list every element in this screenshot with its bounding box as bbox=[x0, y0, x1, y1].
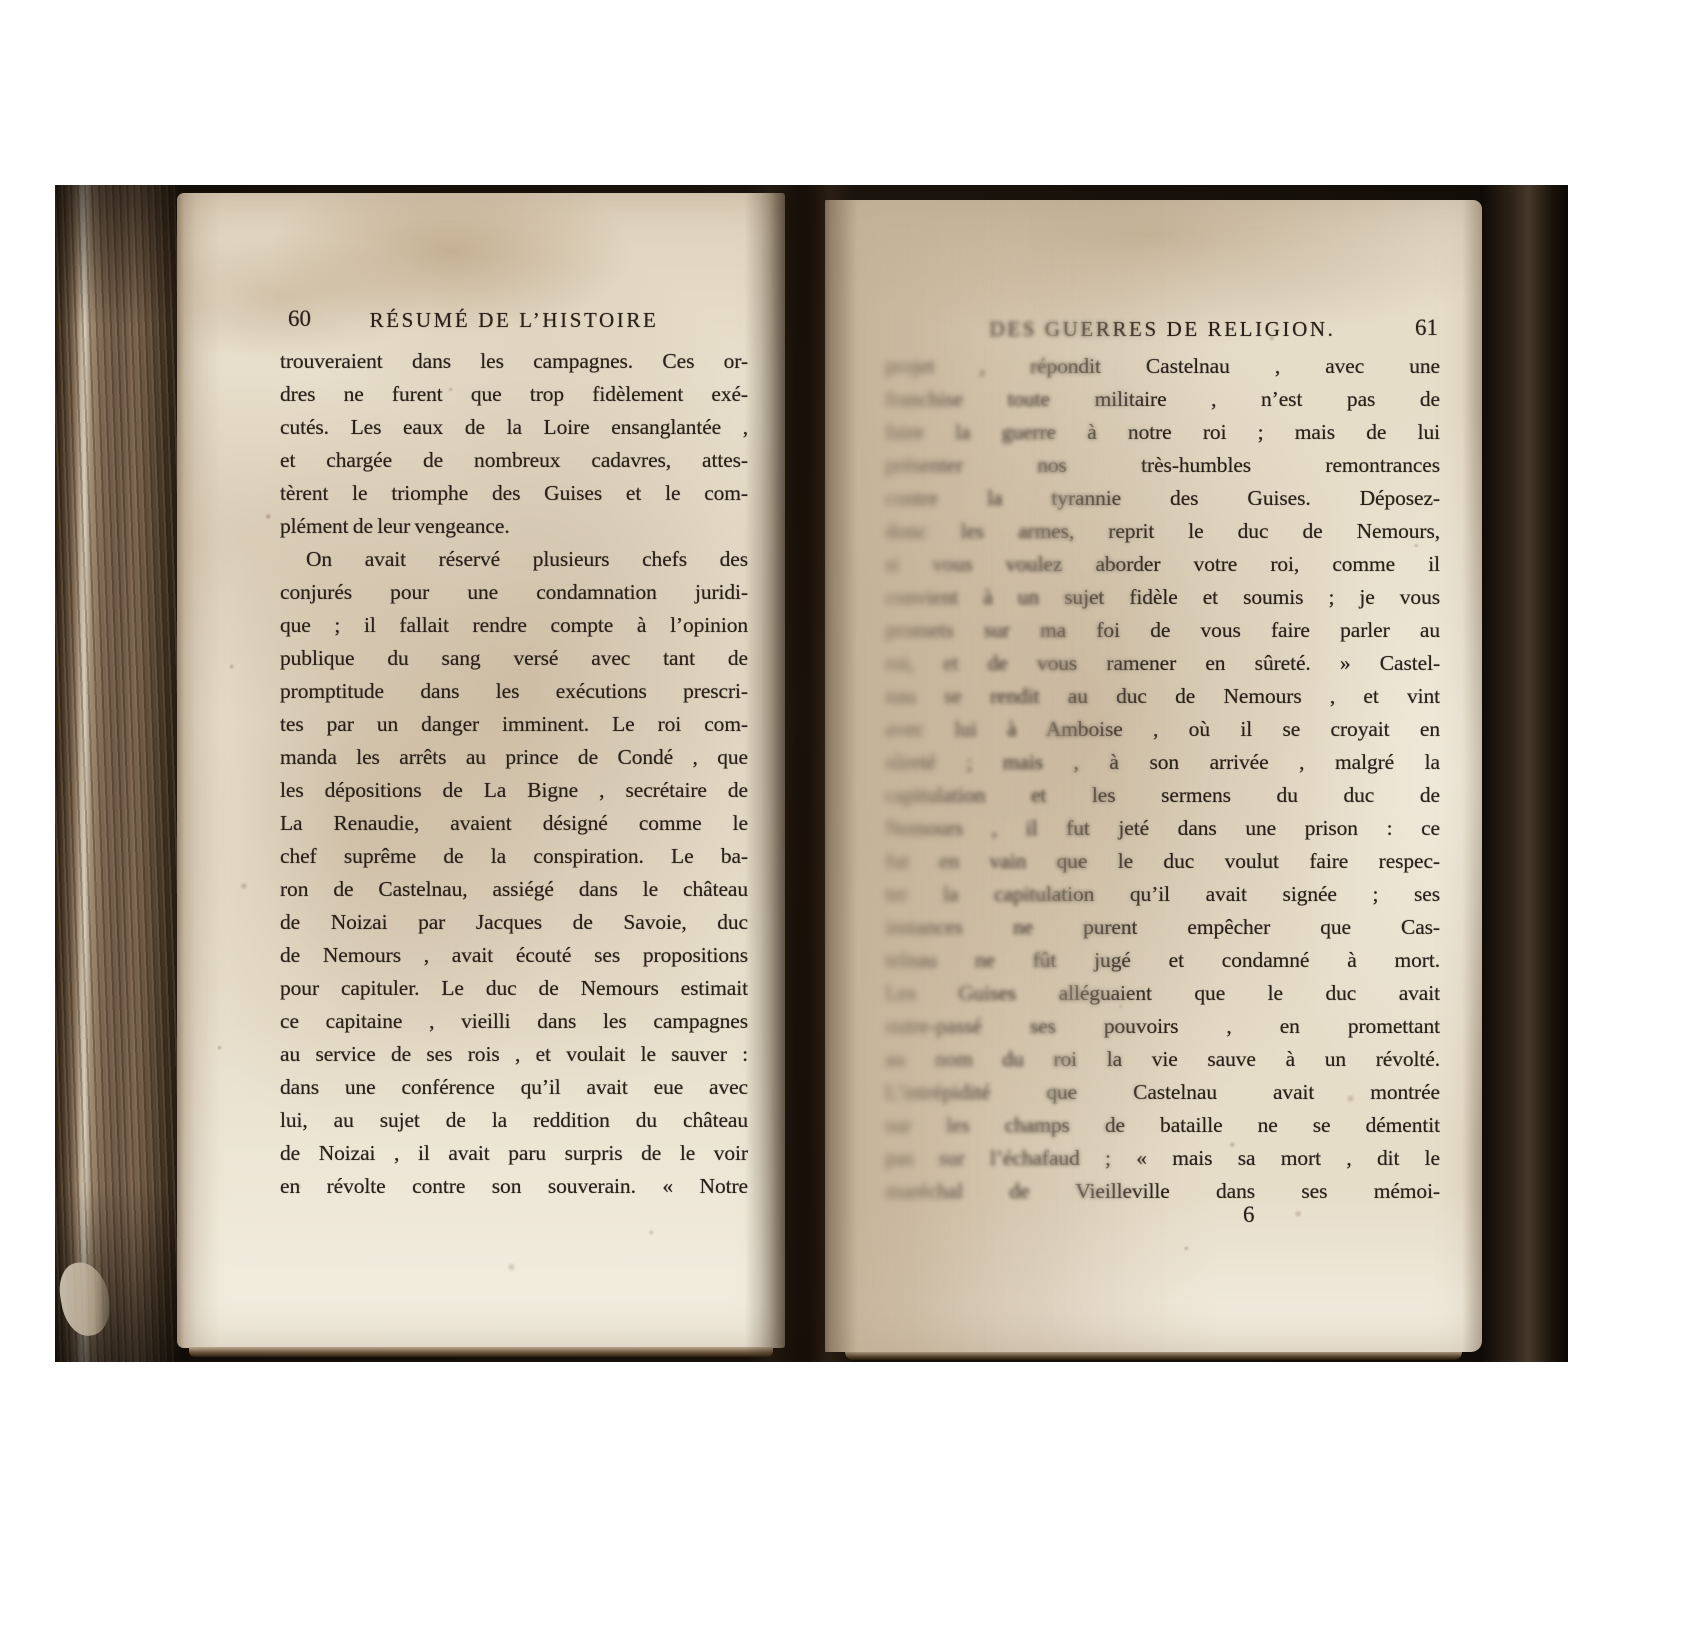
text-line: en révolte contre son souverain. « Notre bbox=[280, 1170, 748, 1203]
text-line: de Noizai , il avait paru surpris de le … bbox=[280, 1137, 748, 1170]
book-fore-edge bbox=[55, 185, 179, 1362]
text-line: ron de Castelnau, assiégé dans le châtea… bbox=[280, 873, 748, 906]
text-line: plément de leur vengeance. bbox=[280, 510, 748, 543]
text-line: dans une conférence qu’il avait eue avec bbox=[280, 1071, 748, 1104]
text-line: trouveraient dans les campagnes. Ces or- bbox=[280, 345, 748, 378]
book-cover-edge-right bbox=[1480, 185, 1568, 1362]
left-page-number: 60 bbox=[288, 306, 311, 332]
left-page-text: trouveraient dans les campagnes. Ces or-… bbox=[280, 345, 748, 1205]
text-line: de Noizai par Jacques de Savoie, duc bbox=[280, 906, 748, 939]
text-line: On avait réservé plusieurs chefs des bbox=[280, 543, 748, 576]
fore-edge-highlight bbox=[55, 1258, 115, 1339]
text-line: et chargée de nombreux cadavres, attes- bbox=[280, 444, 748, 477]
text-line: chef suprême de la conspiration. Le ba- bbox=[280, 840, 748, 873]
text-line: ce capitaine , vieilli dans les campagne… bbox=[280, 1005, 748, 1038]
text-line: lui, au sujet de la reddition du château bbox=[280, 1104, 748, 1137]
text-line: tes par un danger imminent. Le roi com- bbox=[280, 708, 748, 741]
text-line: au service de ses rois , et voulait le s… bbox=[280, 1038, 748, 1071]
gutter-shadow bbox=[745, 185, 857, 1362]
right-page-number: 61 bbox=[1415, 315, 1438, 341]
right-page: DES GUERRES DE RELIGION. 61 projet , rép… bbox=[825, 200, 1482, 1352]
text-line: manda les arrêts au prince de Condé , qu… bbox=[280, 741, 748, 774]
signature-mark: 6 bbox=[1243, 1202, 1255, 1228]
text-line: promptitude dans les exécutions prescri- bbox=[280, 675, 748, 708]
text-line: La Renaudie, avaient désigné comme le bbox=[280, 807, 748, 840]
left-page-header: 60 RÉSUMÉ DE L’HISTOIRE bbox=[280, 306, 748, 336]
text-line: tèrent le triomphe des Guises et le com- bbox=[280, 477, 748, 510]
text-line: publique du sang versé avec tant de bbox=[280, 642, 748, 675]
text-line: dres ne furent que trop fidèlement exé- bbox=[280, 378, 748, 411]
text-line: de Nemours , avait écouté ses propositio… bbox=[280, 939, 748, 972]
text-line: que ; il fallait rendre compte à l’opini… bbox=[280, 609, 748, 642]
text-line: pour capituler. Le duc de Nemours estima… bbox=[280, 972, 748, 1005]
text-line: les dépositions de La Bigne , secrétaire… bbox=[280, 774, 748, 807]
text-line: conjurés pour une condamnation juridi- bbox=[280, 576, 748, 609]
left-page: 60 RÉSUMÉ DE L’HISTOIRE trouveraient dan… bbox=[177, 193, 785, 1348]
text-line: cutés. Les eaux de la Loire ensanglantée… bbox=[280, 411, 748, 444]
book-photo: 60 RÉSUMÉ DE L’HISTOIRE trouveraient dan… bbox=[55, 185, 1568, 1362]
left-running-title: RÉSUMÉ DE L’HISTOIRE bbox=[370, 308, 659, 333]
